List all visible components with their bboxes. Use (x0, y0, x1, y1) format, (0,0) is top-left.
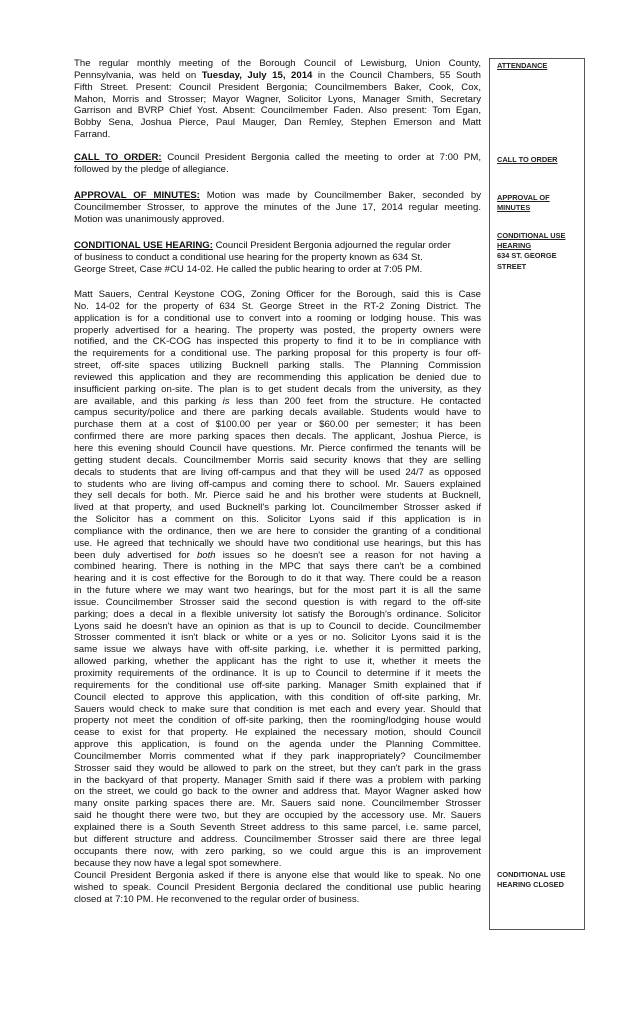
testimony-line: No. 14-02 for the property of 634 St. Ge… (74, 301, 481, 313)
testimony-line: same issue we always have with off-site … (74, 644, 481, 656)
call-to-order-line-1: CALL TO ORDER: Council President Bergoni… (74, 152, 481, 164)
cuh-line-2: of business to conduct a conditional use… (74, 252, 481, 264)
note-attendance: ATTENDANCE (497, 61, 547, 71)
testimony-line: notified, and the CK-COG has inspected t… (74, 336, 481, 348)
approval-of-minutes-paragraph: APPROVAL OF MINUTES: Motion was made by … (74, 190, 481, 226)
testimony-line: street, off-site spaces utilizing Buckne… (74, 360, 481, 372)
testimony-line: application is for a conditional use to … (74, 313, 481, 325)
note-hearing-closed: CONDITIONAL USE HEARING CLOSED (497, 870, 565, 890)
attendance-line: Farrand. (74, 129, 481, 141)
hearing-closed-line: wished to speak. Council President Bergo… (74, 882, 481, 894)
testimony-line: many onsite parking spaces there are. Mr… (74, 798, 481, 810)
testimony-line: Sauers would check to make sure that con… (74, 704, 481, 716)
approval-line-1: APPROVAL OF MINUTES: Motion was made by … (74, 190, 481, 202)
note-conditional-use-hearing: CONDITIONAL USE HEARING 634 ST. GEORGE S… (497, 231, 565, 272)
testimony-line: issue. Councilmember Strosser said the s… (74, 597, 481, 609)
testimony-line: are available, and this parking is less … (74, 396, 481, 408)
testimony-line: Strosser commented it isn't black or whi… (74, 632, 481, 644)
call-to-order-line-2: followed by the pledge of allegiance. (74, 164, 481, 176)
approval-of-minutes-heading: APPROVAL OF MINUTES: (74, 190, 200, 201)
testimony-line: confirmed there are more parking spaces … (74, 431, 481, 443)
testimony-line: purchase them at a cost of $100.00 per y… (74, 419, 481, 431)
attendance-line: Garrison and BVRP Chief Yost. Absent: Co… (74, 105, 481, 117)
testimony-line: property not meet the condition of off-s… (74, 715, 481, 727)
testimony-line: the requirements for a conditional use. … (74, 348, 481, 360)
testimony-line: Council elected to approve this applicat… (74, 692, 481, 704)
testimony-line: because they now have a legal spot somew… (74, 858, 481, 870)
testimony-line: hearing and it is cost effective for the… (74, 573, 481, 585)
hearing-closed-paragraph: Council President Bergonia asked if ther… (74, 870, 481, 906)
testimony-line: in the future where we may want two hear… (74, 585, 481, 597)
meeting-date: Tuesday, July 15, 2014 (202, 70, 313, 81)
testimony-line: in the backyard of that property. Manage… (74, 775, 481, 787)
testimony-line: explained there is a South Seventh Stree… (74, 822, 481, 834)
attendance-paragraph: The regular monthly meeting of the Borou… (74, 58, 481, 141)
testimony-line: the Solicitor has a comment on this. Sol… (74, 514, 481, 526)
testimony-line: Matt Sauers, Central Keystone COG, Zonin… (74, 289, 481, 301)
testimony-line: requirements for the conditional use off… (74, 680, 481, 692)
testimony-line: getting student decals. Councilmember Mo… (74, 455, 481, 467)
cuh-line-1: CONDITIONAL USE HEARING: Council Preside… (74, 240, 481, 252)
testimony-line: been duly advertised for both issues so … (74, 550, 481, 562)
testimony-line: properly advertised for a hearing. The p… (74, 325, 481, 337)
testimony-line: but different structure and address. Cou… (74, 834, 481, 846)
attendance-line: The regular monthly meeting of the Borou… (74, 58, 481, 70)
testimony-line: Lyons said he doesn't have an opinion as… (74, 621, 481, 633)
testimony-line: proximity requirements of the ordinance.… (74, 668, 481, 680)
testimony-line: they sell decals for both. Mr. Pierce sa… (74, 490, 481, 502)
margin-notes-box (489, 58, 585, 930)
hearing-closed-line: Council President Bergonia asked if ther… (74, 870, 481, 882)
call-to-order-paragraph: CALL TO ORDER: Council President Bergoni… (74, 152, 481, 176)
testimony-line: cease to exist for that property. He exp… (74, 727, 481, 739)
approval-line-2: Councilmember Strosser, to approve the m… (74, 202, 481, 214)
conditional-use-hearing-heading: CONDITIONAL USE HEARING: (74, 240, 213, 251)
conditional-use-hearing-paragraph: CONDITIONAL USE HEARING: Council Preside… (74, 240, 481, 276)
attendance-line: Fifth Street. Present: Council President… (74, 82, 481, 94)
hearing-closed-line: closed at 7:10 PM. He reconvened to the … (74, 894, 481, 906)
call-to-order-heading: CALL TO ORDER: (74, 152, 162, 163)
testimony-line: lived at that property, and used Bucknel… (74, 502, 481, 514)
approval-line-3: Motion was unanimously approved. (74, 214, 481, 226)
attendance-line: Mahon, Morris and Strosser; Mayor Wagner… (74, 94, 481, 106)
attendance-line: Bobby Sena, Joshua Pierce, Paul Mauger, … (74, 117, 481, 129)
testimony-line: use. He agreed that technically we shoul… (74, 538, 481, 550)
sauers-testimony-paragraph: Matt Sauers, Central Keystone COG, Zonin… (74, 289, 481, 869)
testimony-line: insufficient parking on-site. The plan i… (74, 384, 481, 396)
testimony-line: allowed parking, whether the applicant h… (74, 656, 481, 668)
testimony-line: here this evening should Council have qu… (74, 443, 481, 455)
attendance-line: Pennsylvania, was held on Tuesday, July … (74, 70, 481, 82)
testimony-line: campus security/police and there are par… (74, 407, 481, 419)
note-approval-of-minutes: APPROVAL OF MINUTES (497, 193, 550, 213)
testimony-line: decals to students that are living off-c… (74, 467, 481, 479)
testimony-line: said he thought there were two, but they… (74, 810, 481, 822)
cuh-line-3: George Street, Case #CU 14-02. He called… (74, 264, 481, 276)
testimony-line: on the street, we could go back to the o… (74, 786, 481, 798)
testimony-line: occupants there now, with zero parking, … (74, 846, 481, 858)
testimony-line: combined hearing. There is nothing in th… (74, 561, 481, 573)
testimony-line: approve this application, is found on th… (74, 739, 481, 751)
note-call-to-order: CALL TO ORDER (497, 155, 558, 165)
testimony-line: Councilmember Morris commented what if t… (74, 751, 481, 763)
testimony-line: compliance with the ordinance, then we a… (74, 526, 481, 538)
testimony-line: reviewed this application and they are r… (74, 372, 481, 384)
testimony-line: Strosser said they would be allowed to p… (74, 763, 481, 775)
testimony-line: to students who are living off-campus an… (74, 479, 481, 491)
testimony-line: parking; does a decal in a flexible univ… (74, 609, 481, 621)
